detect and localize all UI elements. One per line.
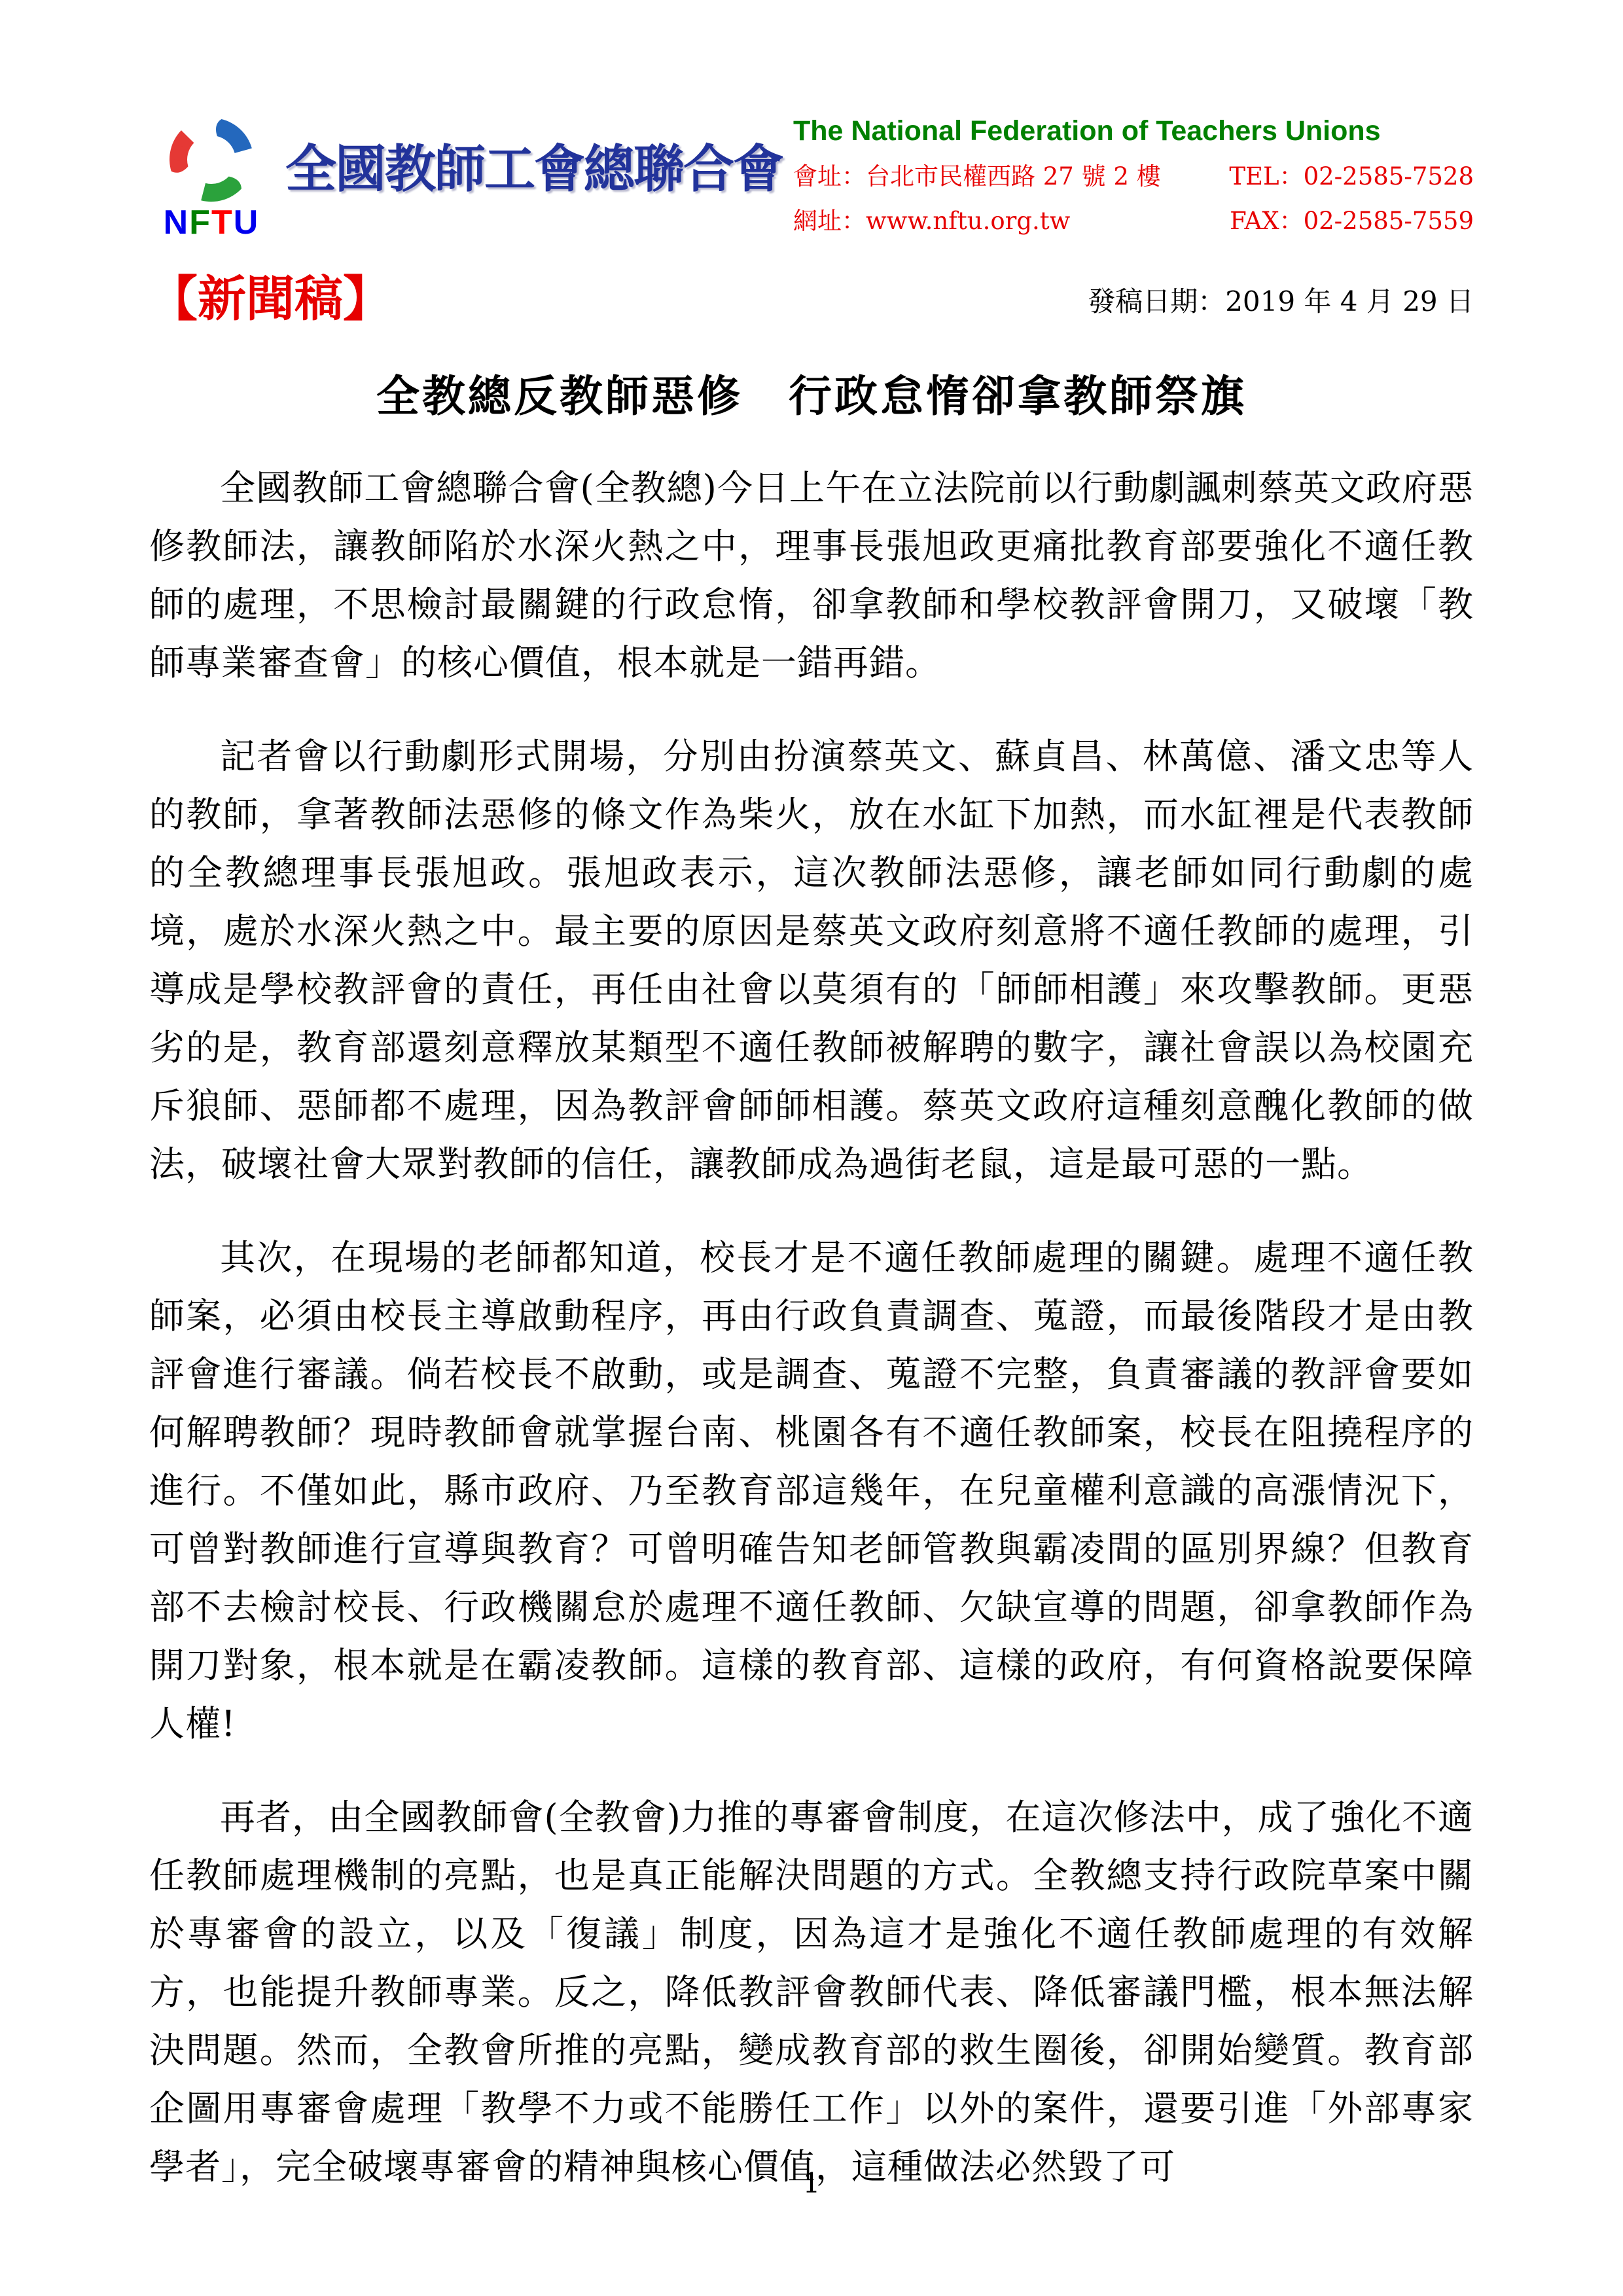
contact-row-1: 會址：台北市民權西路 27 號 2 樓 TEL：02-2585-7528 xyxy=(793,156,1474,192)
paragraph-1: 全國教師工會總聯合會(全教總)今日上午在立法院前以行動劇諷刺蔡英文政府惡修教師法… xyxy=(149,459,1474,692)
org-name-chinese: 全國教師工會總聯合會 xyxy=(285,128,783,202)
acronym-letter-n: N xyxy=(164,204,190,242)
acronym-letter-t: T xyxy=(211,204,234,242)
page-title: 全教總反教師惡修 行政怠惰卻拿教師祭旗 xyxy=(149,361,1474,423)
fax-text: FAX：02-2585-7559 xyxy=(1230,201,1474,236)
tel-text: TEL：02-2585-7528 xyxy=(1229,156,1474,192)
press-release-page: NFTU 全國教師工會總聯合會 The National Federation … xyxy=(0,0,1623,2296)
letterhead: NFTU 全國教師工會總聯合會 The National Federation … xyxy=(149,105,1474,240)
issue-date: 發稿日期：2019 年 4 月 29 日 xyxy=(1088,280,1474,323)
page-number: 1 xyxy=(0,2167,1623,2199)
nftu-triskelion-icon xyxy=(156,105,266,215)
doc-type-label: 【新聞稿】 xyxy=(149,275,391,323)
nftu-logo: NFTU xyxy=(149,105,274,240)
org-name-english: The National Federation of Teachers Unio… xyxy=(793,115,1474,147)
acronym-letter-f: F xyxy=(189,204,211,242)
acronym-letter-u: U xyxy=(234,204,260,242)
website-text: 網址：www.nftu.org.tw xyxy=(793,201,1070,236)
contact-row-2: 網址：www.nftu.org.tw FAX：02-2585-7559 xyxy=(793,201,1474,236)
paragraph-3: 其次，在現場的老師都知道，校長才是不適任教師處理的關鍵。處理不適任教師案，必須由… xyxy=(149,1229,1474,1753)
letterhead-contact-block: The National Federation of Teachers Unio… xyxy=(793,105,1474,236)
paragraph-2: 記者會以行動劇形式開場，分別由扮演蔡英文、蘇貞昌、林萬億、潘文忠等人的教師，拿著… xyxy=(149,727,1474,1193)
paragraph-4: 再者，由全國教師會(全教會)力推的專審會制度，在這次修法中，成了強化不適任教師處… xyxy=(149,1788,1474,2196)
meta-row: 【新聞稿】 發稿日期：2019 年 4 月 29 日 xyxy=(149,275,1474,323)
address-text: 會址：台北市民權西路 27 號 2 樓 xyxy=(793,156,1161,192)
document-body: 全國教師工會總聯合會(全教總)今日上午在立法院前以行動劇諷刺蔡英文政府惡修教師法… xyxy=(149,459,1474,2196)
nftu-acronym: NFTU xyxy=(149,206,274,240)
